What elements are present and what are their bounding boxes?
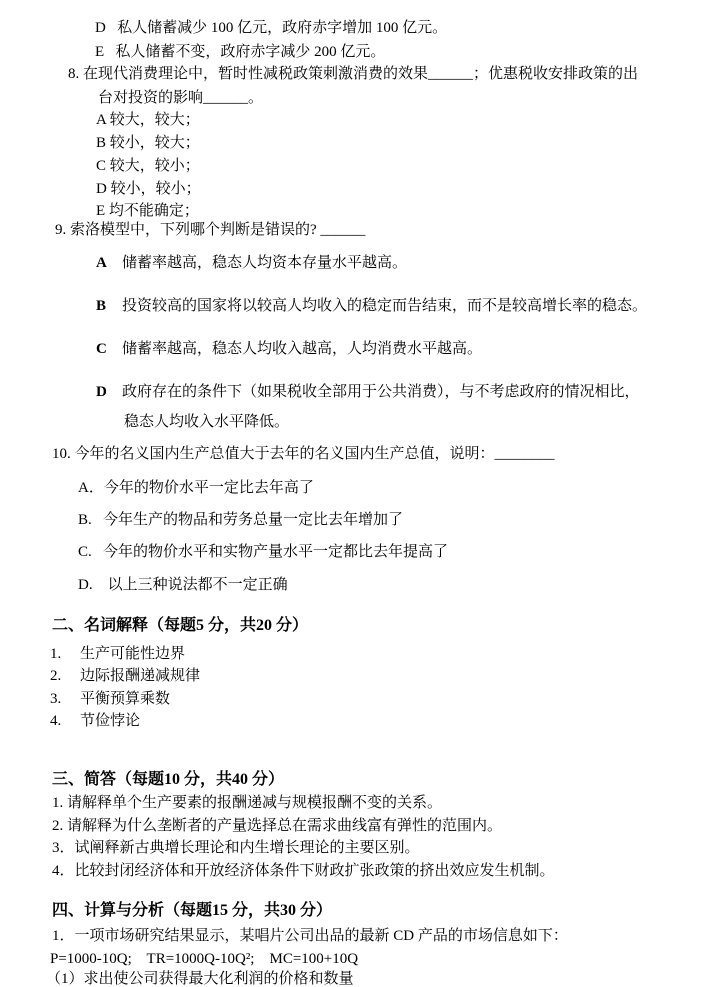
section4-intro: 1．一项市场研究结果显示，某唱片公司出品的最新 CD 产品的市场信息如下：: [52, 926, 568, 946]
q8-option-a: A 较大，较大；: [96, 110, 200, 130]
q9-option-d-text: 政府存在的条件下（如果税收全部用于公共消费），与不考虑政府的情况相比，: [122, 382, 640, 402]
q9-option-c: C 储蓄率越高，稳态人均收入越高，人均消费水平越高。: [96, 339, 482, 359]
q9-option-d-line2: 稳态人均收入水平降低。: [124, 412, 289, 432]
q9-option-a: A 储蓄率越高，稳态人均资本存量水平越高。: [96, 253, 407, 273]
q10-option-b: B. 今年生产的物品和劳务总量一定比去年增加了: [78, 510, 403, 530]
section3-heading: 三、简答（每题10 分，共40 分）: [52, 770, 284, 790]
section3-item-2: 2. 请解释为什么垄断者的产量选择总在需求曲线富有弹性的范围内。: [52, 816, 502, 836]
section2-item-3-number: 3.: [50, 689, 80, 709]
q9-question: 9. 索洛模型中，下列哪个判断是错误的? ______: [55, 220, 365, 240]
q9-option-c-letter: C: [96, 339, 122, 359]
section4-subquestion-1: （1）求出使公司获得最大化利润的价格和数量: [46, 969, 354, 987]
q10-option-d: D. 以上三种说法都不一定正确: [78, 575, 288, 595]
q8-question-line2: 台对投资的影响______。: [98, 88, 263, 108]
section2-item-2-text: 边际报酬递减规律: [80, 666, 200, 686]
q7-option-e: E 私人储蓄不变，政府赤字减少 200 亿元。: [95, 42, 385, 62]
section2-item-2-number: 2.: [50, 666, 80, 686]
q9-option-a-text: 储蓄率越高，稳态人均资本存量水平越高。: [122, 253, 407, 273]
section2-item-3: 3. 平衡预算乘数: [50, 689, 170, 709]
section2-heading: 二、名词解释（每题5 分，共20 分）: [52, 616, 308, 636]
section3-item-3: 3．试阐释新古典增长理论和内生增长理论的主要区别。: [52, 838, 420, 858]
section2-item-4: 4. 节俭悖论: [50, 711, 140, 731]
section2-item-1-text: 生产可能性边界: [80, 644, 185, 664]
q10-option-c: C. 今年的物价水平和实物产量水平一定都比去年提高了: [78, 542, 448, 562]
q10-option-a: A．今年的物价水平一定比去年高了: [78, 478, 314, 498]
q9-option-b: B 投资较高的国家将以较高人均收入的稳定而告结束，而不是较高增长率的稳态。: [96, 296, 647, 316]
q8-option-d: D 较小，较小；: [96, 179, 201, 199]
section2-item-3-text: 平衡预算乘数: [80, 689, 170, 709]
section4-heading: 四、计算与分析（每题15 分，共30 分）: [52, 901, 332, 921]
section2-item-1-number: 1.: [50, 644, 80, 664]
section2-item-4-number: 4.: [50, 711, 80, 731]
q9-option-c-text: 储蓄率越高，稳态人均收入越高，人均消费水平越高。: [122, 339, 482, 359]
q9-option-b-letter: B: [96, 296, 122, 316]
q8-question-line1: 8. 在现代消费理论中，暂时性减税政策刺激消费的效果______；优惠税收安排政…: [68, 64, 638, 84]
section2-item-4-text: 节俭悖论: [80, 711, 140, 731]
section2-item-2: 2. 边际报酬递减规律: [50, 666, 200, 686]
q9-option-d: D 政府存在的条件下（如果税收全部用于公共消费），与不考虑政府的情况相比，: [96, 382, 640, 402]
q10-question: 10. 今年的名义国内生产总值大于去年的名义国内生产总值，说明：________: [52, 444, 555, 464]
exam-paper-page: D 私人储蓄减少 100 亿元，政府赤字增加 100 亿元。 E 私人储蓄不变，…: [0, 0, 705, 987]
q8-option-e: E 均不能确定；: [96, 201, 199, 221]
q9-option-d-letter: D: [96, 382, 122, 402]
section3-item-1: 1. 请解释单个生产要素的报酬递减与规模报酬不变的关系。: [52, 793, 442, 813]
section3-item-4: 4．比较封闭经济体和开放经济体条件下财政扩张政策的挤出效应发生机制。: [52, 861, 555, 881]
q8-option-c: C 较大，较小；: [96, 156, 200, 176]
q9-option-a-letter: A: [96, 253, 122, 273]
q9-option-b-text: 投资较高的国家将以较高人均收入的稳定而告结束，而不是较高增长率的稳态。: [122, 296, 647, 316]
section2-item-1: 1. 生产可能性边界: [50, 644, 185, 664]
q7-option-d: D 私人储蓄减少 100 亿元，政府赤字增加 100 亿元。: [95, 18, 447, 38]
q8-option-b: B 较小，较大；: [96, 133, 200, 153]
section4-formula: P=1000-10Q; TR=1000Q-10Q²; MC=100+10Q: [50, 949, 358, 969]
